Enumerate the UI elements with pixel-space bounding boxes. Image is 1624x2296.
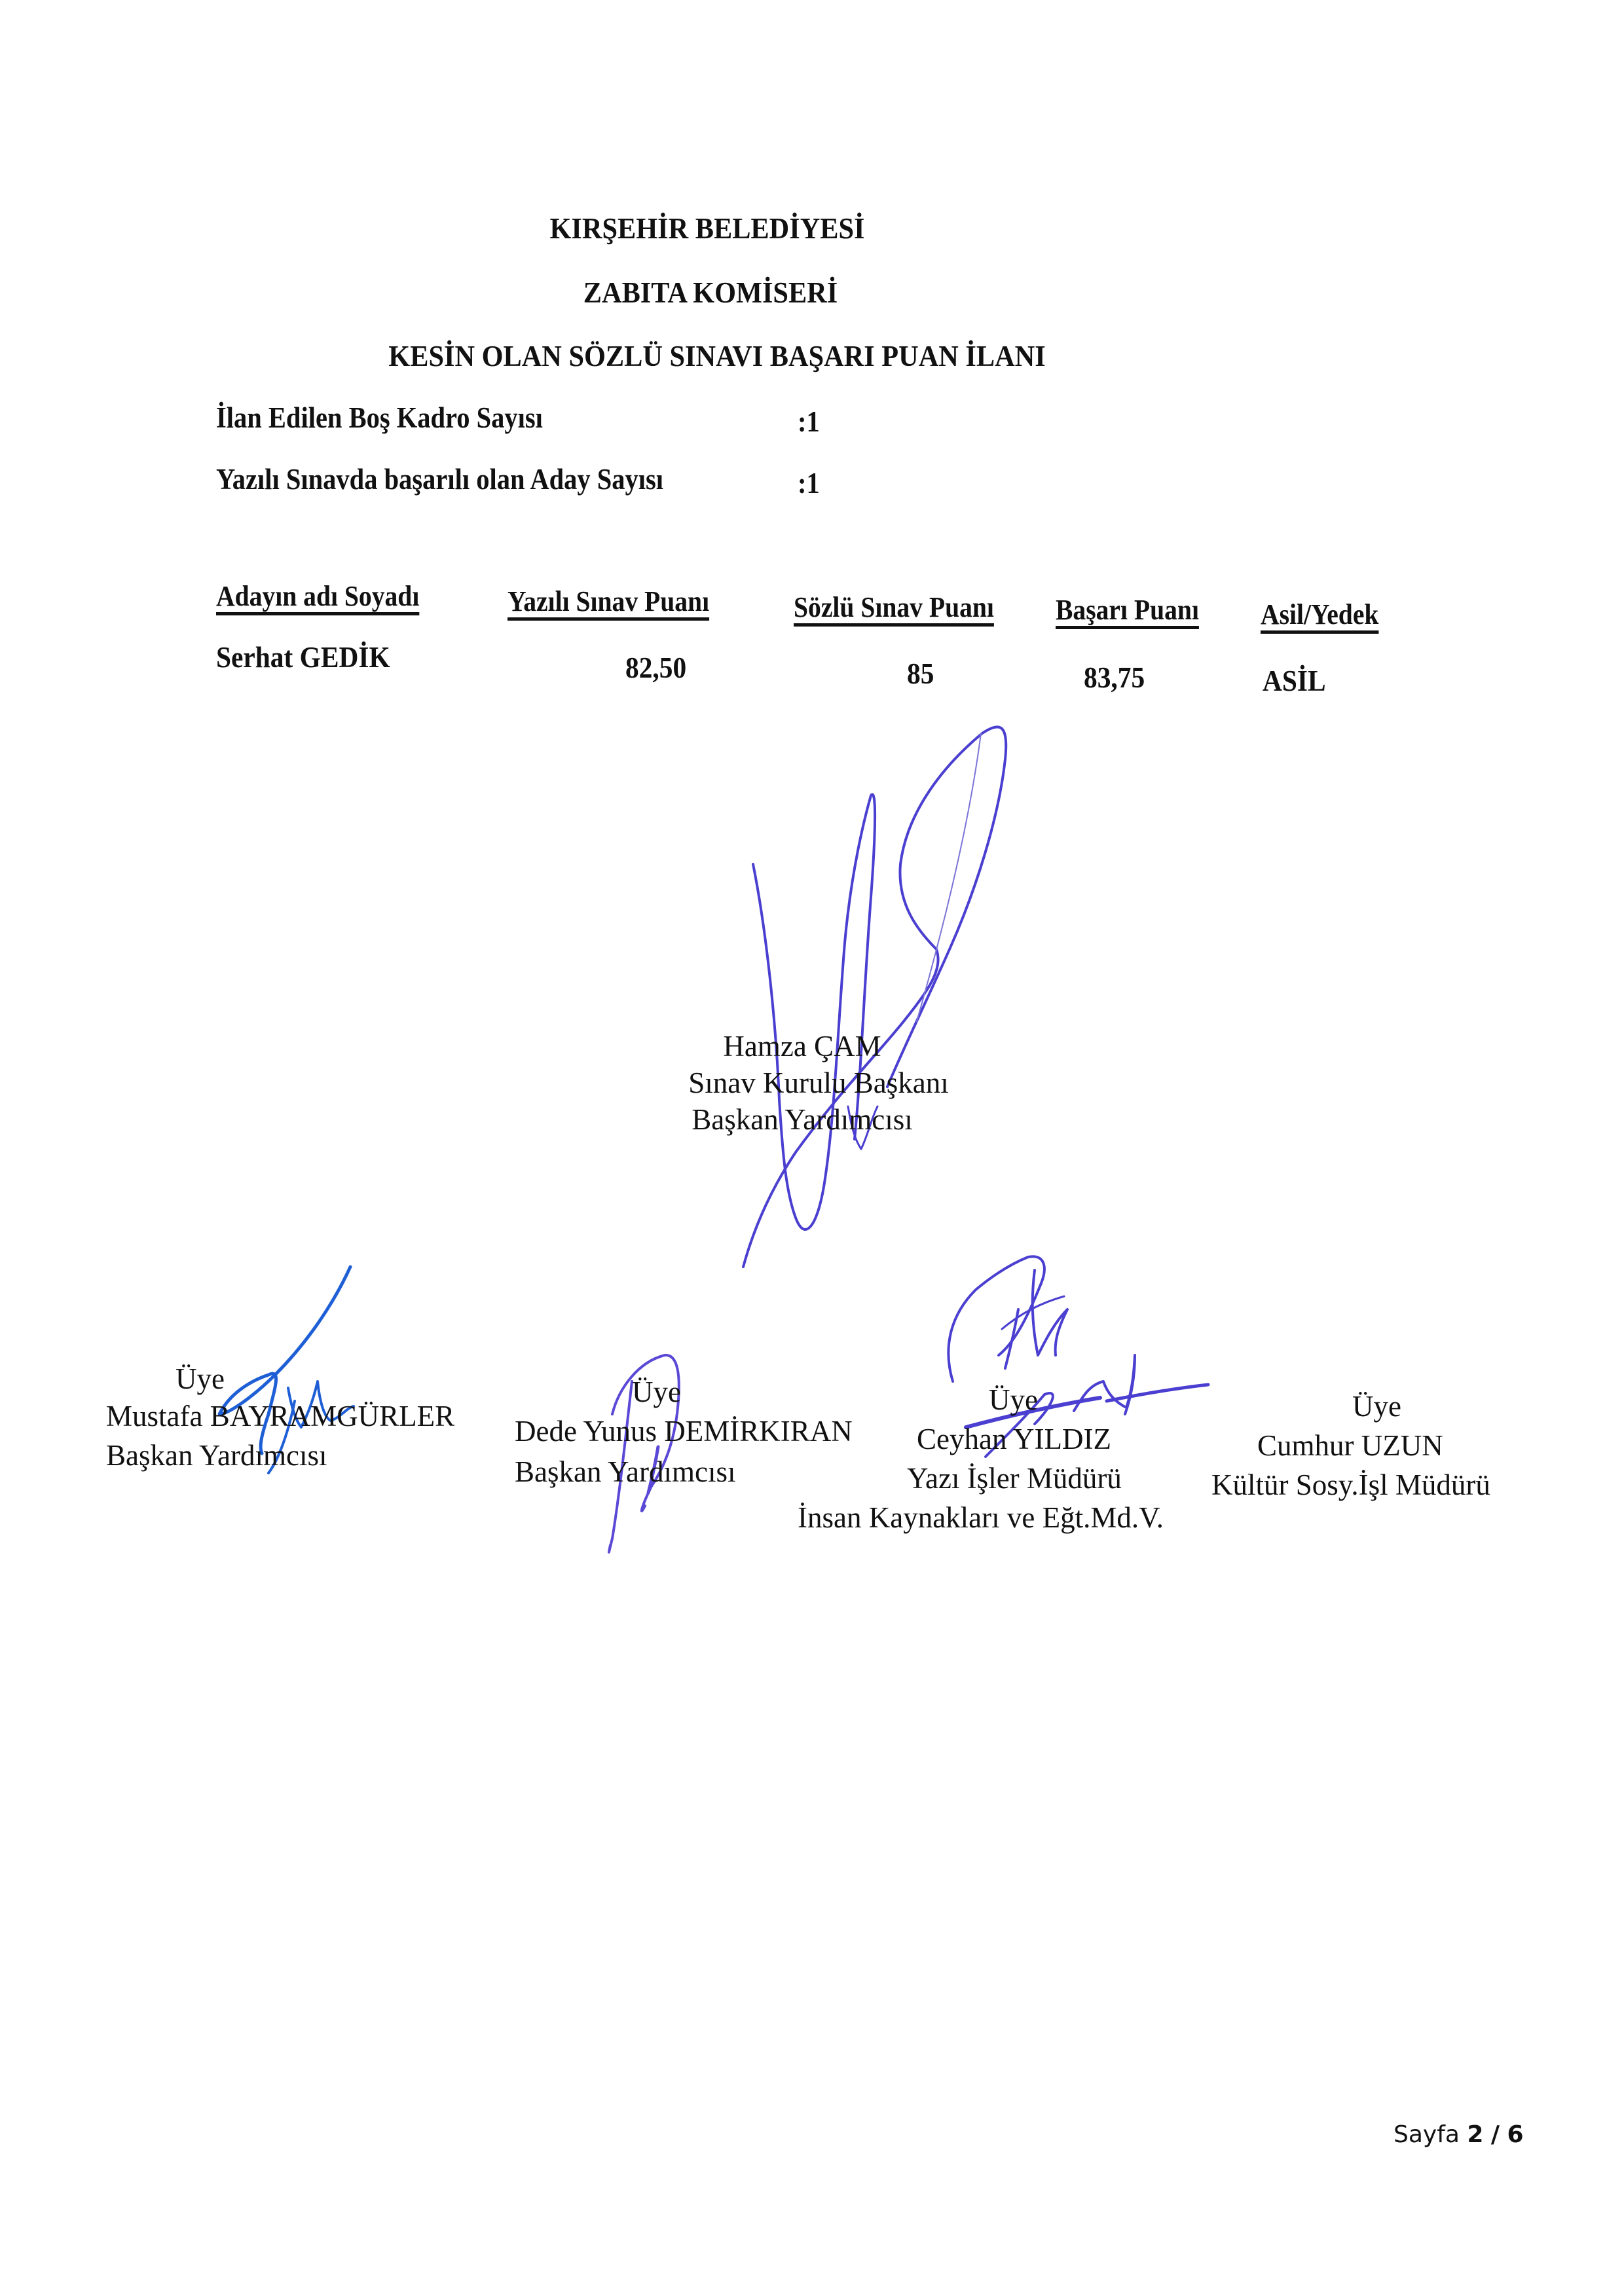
member-1-name: Mustafa BAYRAMGÜRLER: [106, 1398, 454, 1434]
member-1-title: Başkan Yardımcısı: [106, 1437, 327, 1474]
member-3-name: Ceyhan YILDIZ: [917, 1421, 1111, 1457]
signature-member-4: [0, 0, 1624, 2296]
chair-title: Başkan Yardımcısı: [655, 1101, 950, 1138]
member-4-label: Üye: [1352, 1388, 1401, 1425]
chair-role: Sınav Kurulu Başkanı: [655, 1065, 982, 1101]
member-1-label: Üye: [175, 1360, 225, 1397]
member-2-name: Dede Yunus DEMİRKIRAN: [515, 1413, 853, 1449]
member-4-title: Kültür Sosy.İşl Müdürü: [1211, 1467, 1490, 1503]
member-4-name: Cumhur UZUN: [1257, 1427, 1443, 1464]
member-3-title: Yazı İşler Müdürü: [907, 1460, 1122, 1497]
member-3-title-2: İnsan Kaynakları ve Eğt.Md.V.: [798, 1499, 1164, 1536]
page-label: Sayfa: [1393, 2121, 1460, 2148]
page-total: 6: [1507, 2121, 1524, 2148]
page-current: 2: [1467, 2121, 1483, 2148]
member-2-label: Üye: [632, 1374, 681, 1410]
chair-name: Hamza ÇAM: [655, 1028, 950, 1065]
member-2-title: Başkan Yardımcısı: [515, 1453, 736, 1490]
page-separator: /: [1491, 2121, 1500, 2148]
page-indicator: Sayfa 2 / 6: [1393, 2121, 1524, 2148]
member-3-label: Üye: [989, 1381, 1038, 1418]
